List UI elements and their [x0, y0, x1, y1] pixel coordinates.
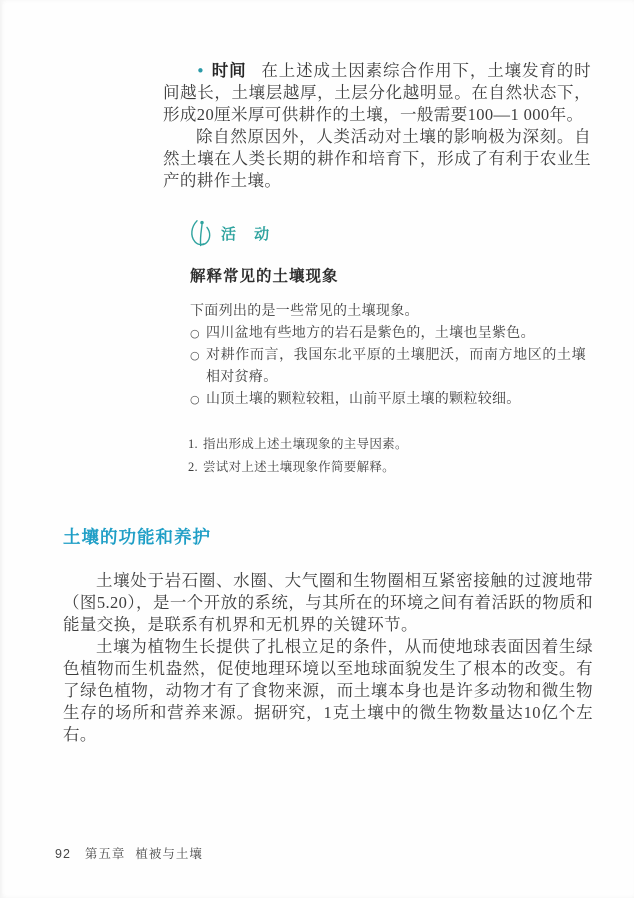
- soil-phenomenon-item: ○山顶土壤的颗粒较粗，山前平原土壤的颗粒较细。: [190, 389, 586, 411]
- section-heading: 土壤的功能和养护: [63, 524, 211, 549]
- sprout-icon: [188, 219, 214, 248]
- book-title: 植被与土壤: [135, 847, 203, 861]
- soil-item-text: 对耕作而言，我国东北平原的土壤肥沃，而南方地区的土壤相对贫瘠。: [206, 348, 586, 385]
- question-item: 2.尝试对上述土壤现象作简要解释。: [188, 456, 588, 479]
- time-factor-paragraph: •时间在上述成土因素综合作用下，土壤发育的时间越长，土壤层越厚，土层分化越明显。…: [163, 60, 591, 126]
- question-item: 1.指出形成上述土壤现象的主导因素。: [188, 433, 588, 456]
- chapter-label: 第五章: [85, 847, 126, 861]
- activity-title: 解释常见的土壤现象: [190, 264, 339, 286]
- bullet-dot-icon: •: [196, 62, 205, 80]
- soil-item-text: 山顶土壤的颗粒较粗，山前平原土壤的颗粒较细。: [206, 392, 521, 407]
- activity-questions: 1.指出形成上述土壤现象的主导因素。 2.尝试对上述土壤现象作简要解释。: [188, 433, 588, 478]
- page-number: 92: [55, 847, 71, 861]
- circle-marker-icon: ○: [190, 345, 200, 367]
- question-number: 1.: [188, 437, 198, 451]
- question-number: 2.: [188, 460, 198, 474]
- question-text: 指出形成上述土壤现象的主导因素。: [203, 437, 408, 451]
- human-impact-paragraph: 除自然原因外，人类活动对土壤的影响极为深刻。自然土壤在人类长期的耕作和培育下，形…: [163, 126, 591, 192]
- activity-header: 活 动: [188, 219, 276, 248]
- soil-phenomenon-item: ○四川盆地有些地方的岩石是紫色的，土壤也呈紫色。: [190, 323, 586, 345]
- activity-body: 下面列出的是一些常见的土壤现象。 ○四川盆地有些地方的岩石是紫色的，土壤也呈紫色…: [190, 301, 586, 411]
- activity-lead: 下面列出的是一些常见的土壤现象。: [190, 301, 586, 323]
- circle-marker-icon: ○: [190, 323, 200, 345]
- textbook-page: •时间在上述成土因素综合作用下，土壤发育的时间越长，土壤层越厚，土层分化越明显。…: [0, 0, 634, 898]
- soil-phenomenon-item: ○对耕作而言，我国东北平原的土壤肥沃，而南方地区的土壤相对贫瘠。: [190, 345, 586, 389]
- section-body: 土壤处于岩石圈、水圈、大气圈和生物圈相互紧密接触的过渡地带（图5.20），是一个…: [63, 570, 593, 746]
- circle-marker-icon: ○: [190, 389, 200, 411]
- time-term: 时间: [211, 61, 246, 80]
- page-footer: 92第五章植被与土壤: [55, 844, 203, 862]
- soil-plants-paragraph: 土壤为植物生长提供了扎根立足的条件，从而使地球表面因着生绿色植物而生机盎然，促使…: [63, 636, 593, 746]
- activity-label: 活 动: [221, 223, 276, 244]
- soil-item-text: 四川盆地有些地方的岩石是紫色的，土壤也呈紫色。: [206, 326, 535, 341]
- question-text: 尝试对上述土壤现象作简要解释。: [203, 460, 395, 474]
- soil-function-paragraph: 土壤处于岩石圈、水圈、大气圈和生物圈相互紧密接触的过渡地带（图5.20），是一个…: [63, 570, 593, 636]
- intro-block: •时间在上述成土因素综合作用下，土壤发育的时间越长，土壤层越厚，土层分化越明显。…: [163, 60, 591, 192]
